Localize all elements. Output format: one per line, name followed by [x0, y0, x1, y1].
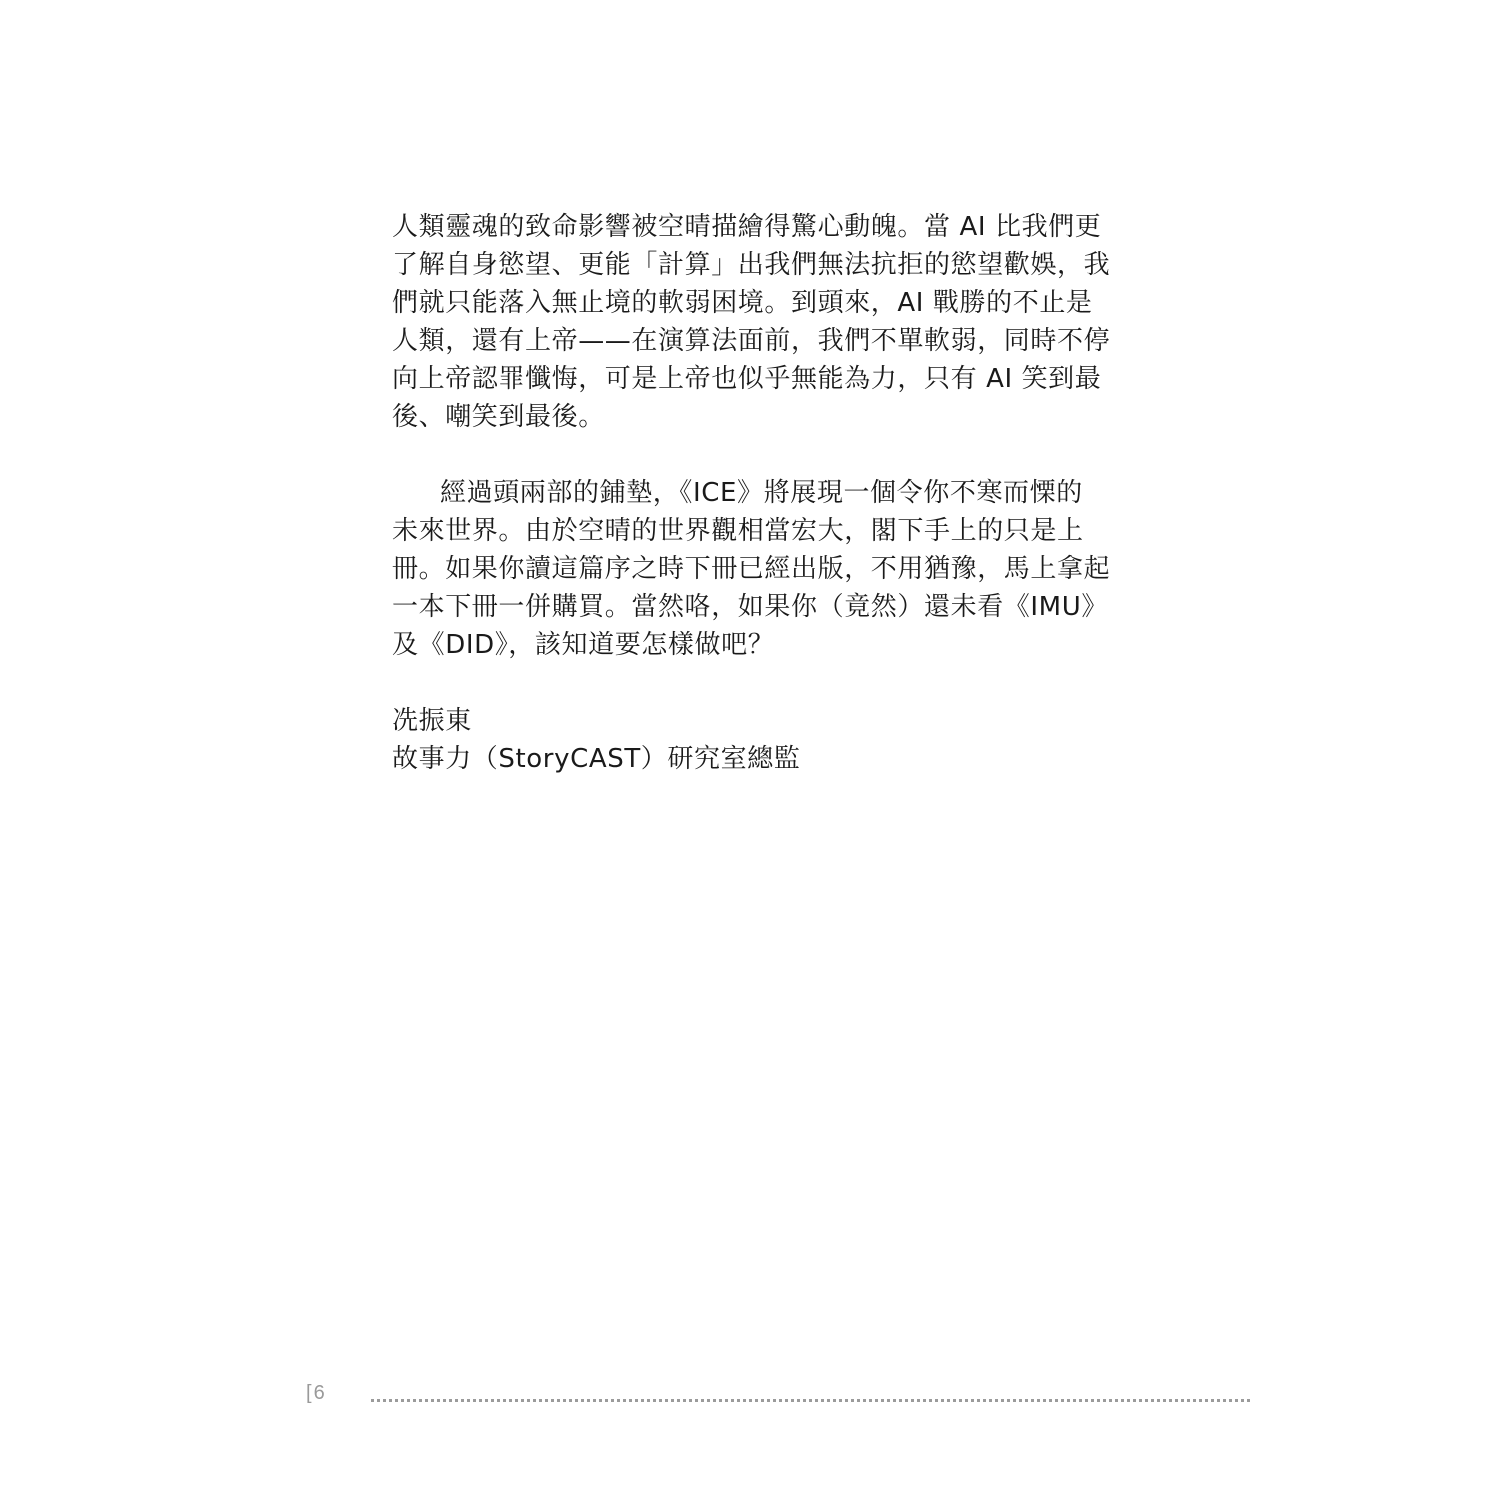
- text-line: 了解自身慾望、更能「計算」出我們無法抗拒的慾望歡娛，我: [392, 246, 1112, 284]
- page-marker-bracket: [: [306, 1382, 314, 1404]
- text-line: 人類，還有上帝——在演算法面前，我們不單軟弱，同時不停: [392, 322, 1112, 360]
- page-number: [6: [306, 1382, 327, 1405]
- paragraph-spacer: [392, 664, 1112, 702]
- signature-block: 冼振東 故事力（StoryCAST）研究室總監: [392, 702, 1112, 778]
- text-line: 們就只能落入無止境的軟弱困境。到頭來，AI 戰勝的不止是: [392, 284, 1112, 322]
- text-line: 向上帝認罪懺悔，可是上帝也似乎無能為力，只有 AI 笑到最: [392, 360, 1112, 398]
- author-title: 故事力（StoryCAST）研究室總監: [392, 740, 1112, 778]
- paragraph-spacer: [392, 436, 1112, 474]
- text-line: 一本下冊一併購買。當然咯，如果你（竟然）還未看《IMU》: [392, 588, 1112, 626]
- paragraph-2: 經過頭兩部的鋪墊，《ICE》將展現一個令你不寒而慄的 未來世界。由於空晴的世界觀…: [392, 474, 1112, 664]
- text-line: 未來世界。由於空晴的世界觀相當宏大，閣下手上的只是上: [392, 512, 1112, 550]
- text-line: 後、嘲笑到最後。: [392, 398, 1112, 436]
- page-number-value: 6: [314, 1382, 327, 1404]
- document-page: 人類靈魂的致命影響被空晴描繪得驚心動魄。當 AI 比我們更 了解自身慾望、更能「…: [0, 0, 1500, 1500]
- text-line: 冊。如果你讀這篇序之時下冊已經出版，不用猶豫，馬上拿起: [392, 550, 1112, 588]
- text-line: 人類靈魂的致命影響被空晴描繪得驚心動魄。當 AI 比我們更: [392, 208, 1112, 246]
- paragraph-1: 人類靈魂的致命影響被空晴描繪得驚心動魄。當 AI 比我們更 了解自身慾望、更能「…: [392, 208, 1112, 436]
- text-line: 及《DID》，該知道要怎樣做吧？: [392, 626, 1112, 664]
- text-line-indented: 經過頭兩部的鋪墊，《ICE》將展現一個令你不寒而慄的: [392, 474, 1112, 512]
- author-name: 冼振東: [392, 702, 1112, 740]
- footer-dotted-divider: [371, 1399, 1250, 1402]
- body-text: 人類靈魂的致命影響被空晴描繪得驚心動魄。當 AI 比我們更 了解自身慾望、更能「…: [392, 208, 1112, 778]
